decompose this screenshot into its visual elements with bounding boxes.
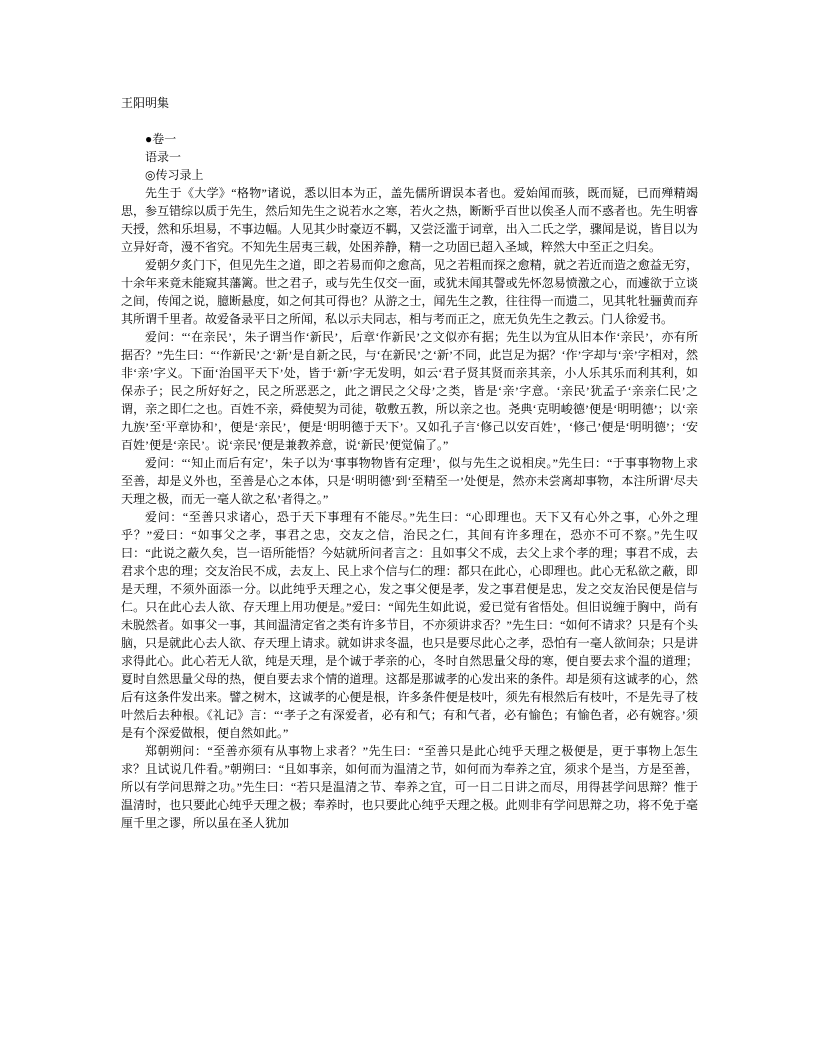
paragraph: 先生于《大学》“格物”诸说，悉以旧本为正，盖先儒所谓误本者也。爱始闻而骇，既而疑… xyxy=(121,184,698,256)
document-page: 王阳明集 ●卷一 语录一 ◎传习录上 先生于《大学》“格物”诸说，悉以旧本为正，… xyxy=(0,0,816,1056)
volume-heading: ●卷一 xyxy=(121,130,698,148)
page-content: 王阳明集 ●卷一 语录一 ◎传习录上 先生于《大学》“格物”诸说，悉以旧本为正，… xyxy=(121,94,698,832)
section-heading: 语录一 xyxy=(121,148,698,166)
paragraph: 郑朝朔问：“至善亦须有从事物上求者？”先生曰：“至善只是此心纯乎天理之极便是，更… xyxy=(121,742,698,832)
paragraph: 爱朝夕炙门下，但见先生之道，即之若易而仰之愈高，见之若粗而探之愈精，就之若近而造… xyxy=(121,256,698,328)
document-title: 王阳明集 xyxy=(121,94,698,112)
paragraph: 爱问：“‘在亲民’，朱子谓当作‘新民’，后章‘作新民’之文似亦有据；先生以为宜从… xyxy=(121,328,698,454)
paragraph: 爱问：“至善只求诸心，恐于天下事理有不能尽。”先生曰：“心即理也。天下又有心外之… xyxy=(121,508,698,742)
subsection-heading: ◎传习录上 xyxy=(121,166,698,184)
paragraph: 爱问：“‘知止而后有定’，朱子以为‘事事物物皆有定理’，似与先生之说相戾。”先生… xyxy=(121,454,698,508)
